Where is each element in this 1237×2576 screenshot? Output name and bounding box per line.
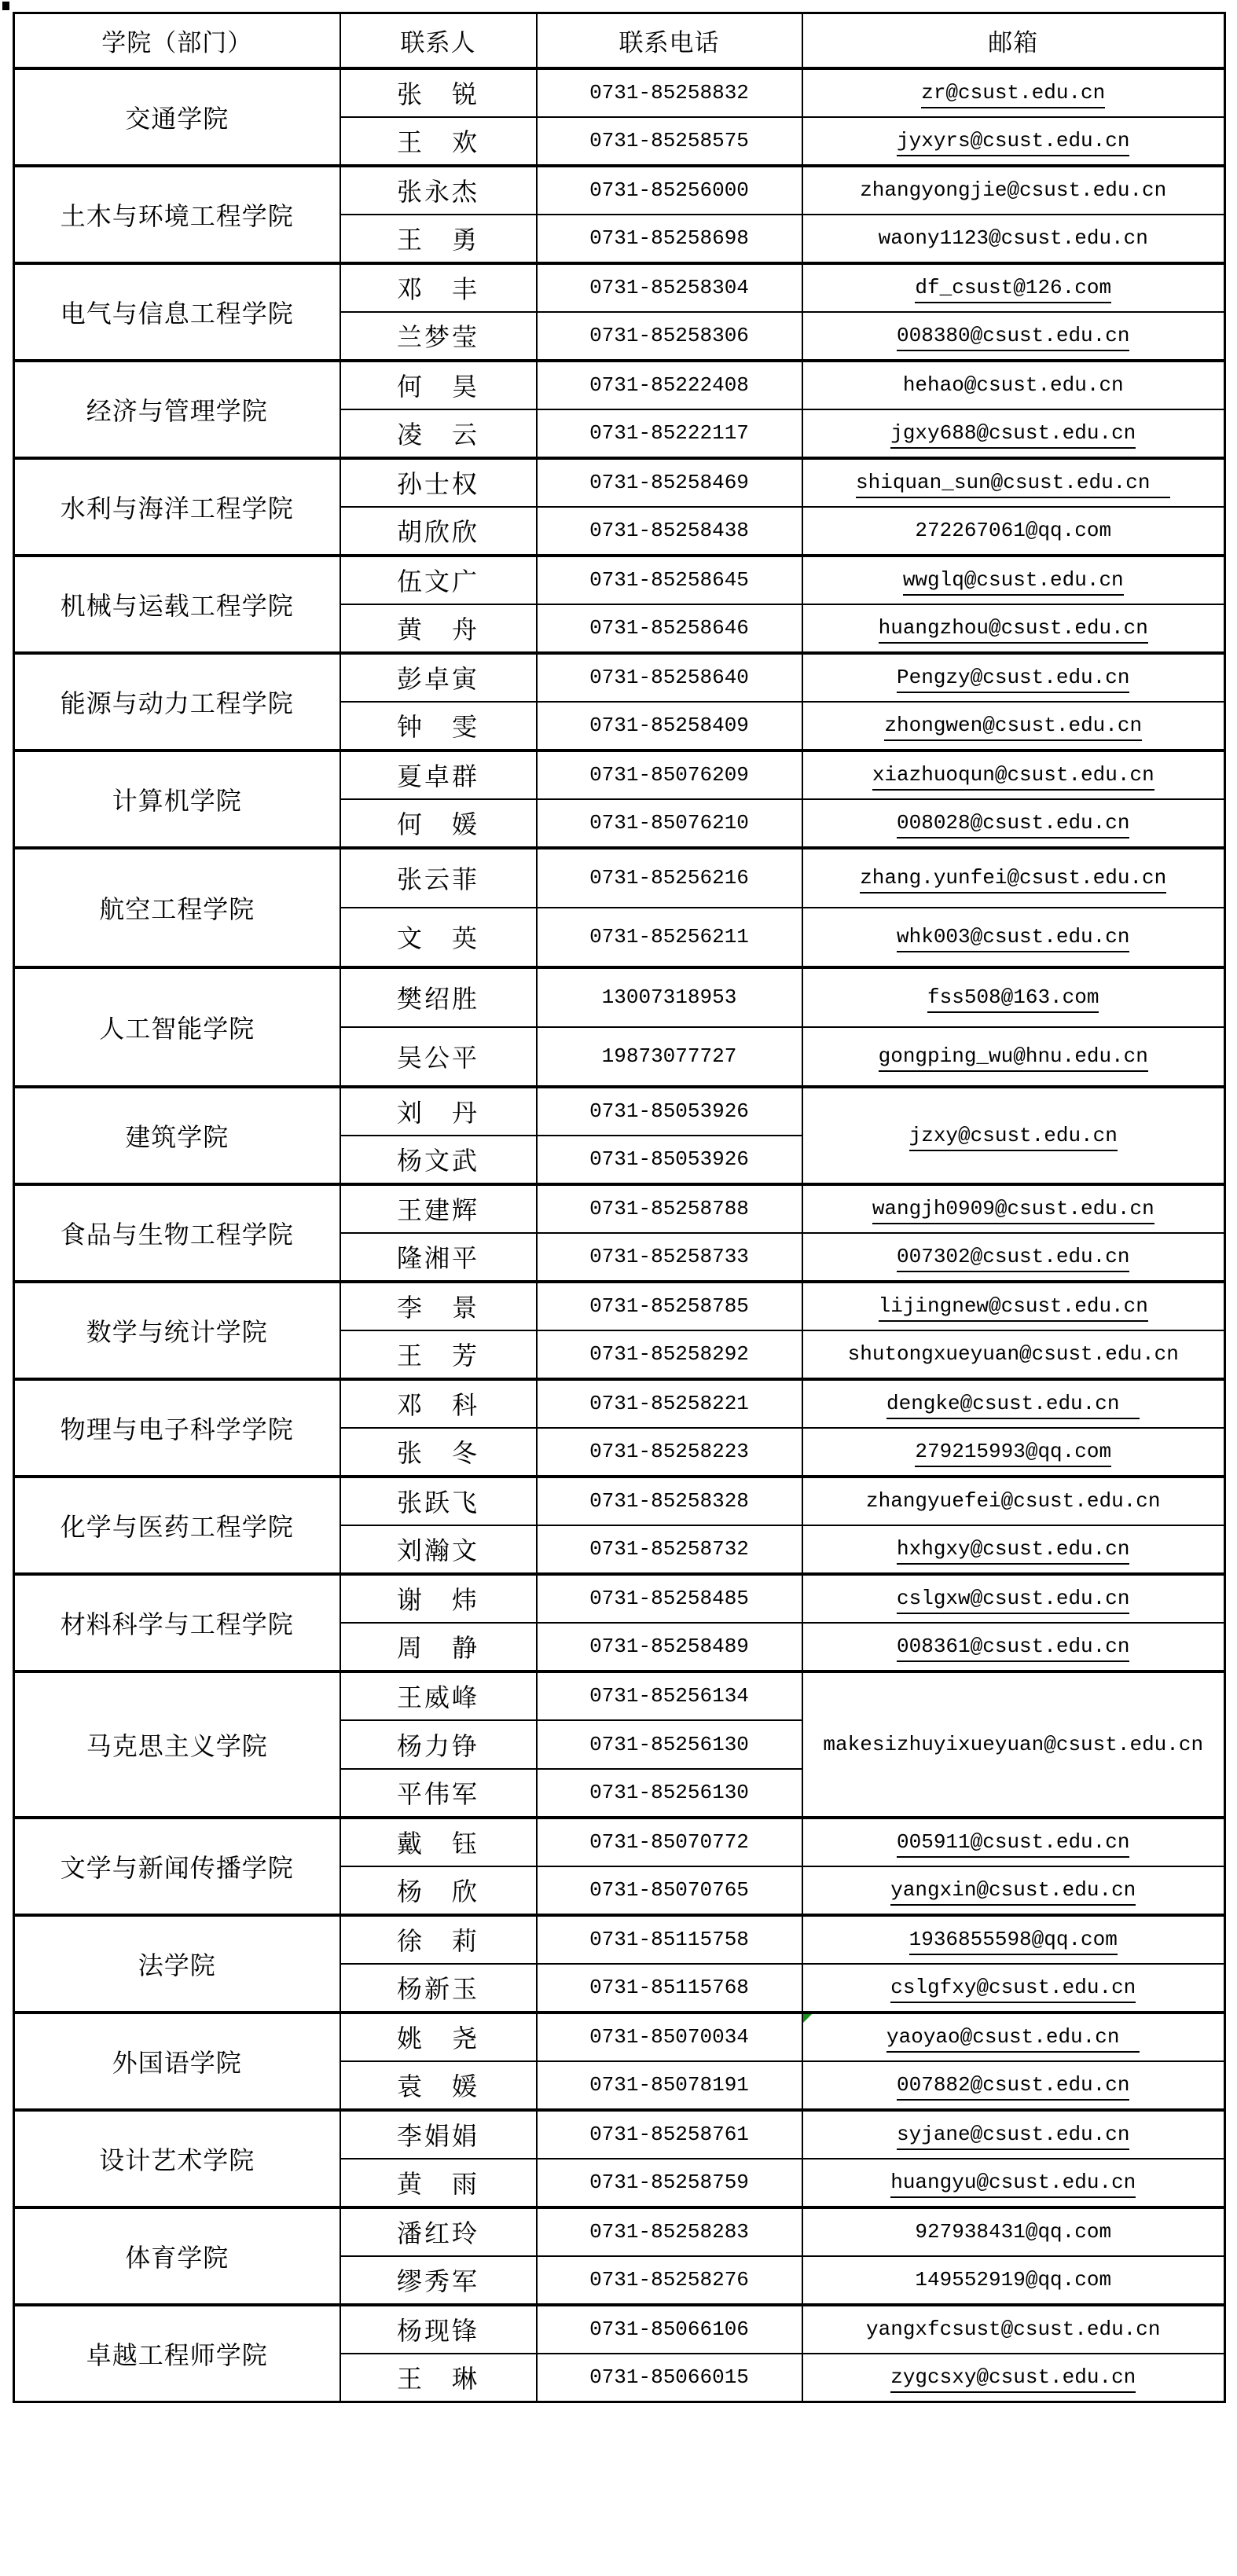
email-link[interactable]: zhang.yunfei@csust.edu.cn bbox=[860, 866, 1166, 894]
email-cell: syjane@csust.edu.cn bbox=[802, 2110, 1225, 2159]
table-row: 水利与海洋工程学院孙士权0731-85258469shiquan_sun@csu… bbox=[14, 458, 1225, 507]
email-link[interactable]: lijingnew@csust.edu.cn bbox=[879, 1294, 1148, 1322]
email-link[interactable]: gongping_wu@hnu.edu.cn bbox=[879, 1044, 1148, 1072]
email-cell: zhangyuefei@csust.edu.cn bbox=[802, 1477, 1225, 1525]
email-cell: hehao@csust.edu.cn bbox=[802, 361, 1225, 409]
email-link[interactable]: jzxy@csust.edu.cn bbox=[909, 1124, 1118, 1151]
email-link[interactable]: 008380@csust.edu.cn bbox=[897, 324, 1129, 351]
contact-name-cell: 王 琳 bbox=[340, 2354, 537, 2402]
email-link[interactable]: 007882@csust.edu.cn bbox=[897, 2073, 1129, 2101]
phone-cell: 0731-85076210 bbox=[537, 799, 802, 848]
header-college: 学院（部门） bbox=[14, 13, 340, 68]
email-link[interactable]: zygcsxy@csust.edu.cn bbox=[890, 2365, 1136, 2393]
contact-name-cell: 王威峰 bbox=[340, 1671, 537, 1720]
contact-name-cell: 袁 媛 bbox=[340, 2061, 537, 2110]
email-link[interactable]: cslgfxy@csust.edu.cn bbox=[890, 1976, 1136, 2003]
phone-cell: 13007318953 bbox=[537, 967, 802, 1027]
email-text: yangxfcsust@csust.edu.cn bbox=[866, 2317, 1160, 2341]
phone-cell: 0731-85222408 bbox=[537, 361, 802, 409]
email-text: makesizhuyixueyuan@csust.edu.cn bbox=[823, 1733, 1203, 1756]
email-cell: lijingnew@csust.edu.cn bbox=[802, 1282, 1225, 1330]
contact-name-cell: 隆湘平 bbox=[340, 1233, 537, 1282]
contact-name-cell: 缪秀军 bbox=[340, 2256, 537, 2305]
table-row: 机械与运载工程学院伍文广0731-85258645wwglq@csust.edu… bbox=[14, 556, 1225, 604]
phone-cell: 0731-85115768 bbox=[537, 1964, 802, 2013]
contact-name-cell: 何 昊 bbox=[340, 361, 537, 409]
contact-name-cell: 胡欣欣 bbox=[340, 507, 537, 556]
email-cell: yaoyao@csust.edu.cn bbox=[802, 2013, 1225, 2061]
contact-name-cell: 李娟娟 bbox=[340, 2110, 537, 2159]
green-corner-marker bbox=[803, 2014, 812, 2023]
phone-cell: 0731-85258276 bbox=[537, 2256, 802, 2305]
phone-cell: 0731-85115758 bbox=[537, 1915, 802, 1964]
table-row: 材料科学与工程学院谢 炜0731-85258485cslgxw@csust.ed… bbox=[14, 1574, 1225, 1623]
email-cell: 279215993@qq.com bbox=[802, 1428, 1225, 1477]
contact-name-cell: 周 静 bbox=[340, 1623, 537, 1671]
phone-cell: 0731-85070034 bbox=[537, 2013, 802, 2061]
contact-name-cell: 杨文武 bbox=[340, 1136, 537, 1184]
contact-name-cell: 何 媛 bbox=[340, 799, 537, 848]
email-text: 927938431@qq.com bbox=[915, 2220, 1111, 2244]
contact-name-cell: 李 景 bbox=[340, 1282, 537, 1330]
phone-cell: 0731-85222117 bbox=[537, 409, 802, 458]
contact-name-cell: 王建辉 bbox=[340, 1184, 537, 1233]
email-text: 272267061@qq.com bbox=[915, 519, 1111, 542]
contact-name-cell: 黄 雨 bbox=[340, 2159, 537, 2207]
table-row: 文学与新闻传播学院戴 钰0731-85070772005911@csust.ed… bbox=[14, 1818, 1225, 1866]
phone-cell: 0731-85258469 bbox=[537, 458, 802, 507]
college-cell: 能源与动力工程学院 bbox=[14, 653, 340, 750]
contact-name-cell: 文 英 bbox=[340, 908, 537, 967]
table-row: 航空工程学院张云菲0731-85256216zhang.yunfei@csust… bbox=[14, 848, 1225, 908]
phone-cell: 0731-85258646 bbox=[537, 604, 802, 653]
phone-cell: 0731-85258575 bbox=[537, 117, 802, 166]
phone-cell: 0731-85258283 bbox=[537, 2207, 802, 2256]
email-cell: 007302@csust.edu.cn bbox=[802, 1233, 1225, 1282]
email-link[interactable]: 008361@csust.edu.cn bbox=[897, 1635, 1129, 1662]
email-link[interactable]: xiazhuoqun@csust.edu.cn bbox=[872, 763, 1154, 791]
table-row: 数学与统计学院李 景0731-85258785lijingnew@csust.e… bbox=[14, 1282, 1225, 1330]
contact-name-cell: 夏卓群 bbox=[340, 750, 537, 799]
email-cell: huangzhou@csust.edu.cn bbox=[802, 604, 1225, 653]
phone-cell: 0731-85258832 bbox=[537, 68, 802, 117]
college-cell: 文学与新闻传播学院 bbox=[14, 1818, 340, 1915]
email-cell: gongping_wu@hnu.edu.cn bbox=[802, 1027, 1225, 1087]
college-cell: 交通学院 bbox=[14, 68, 340, 166]
contact-name-cell: 潘红玲 bbox=[340, 2207, 537, 2256]
contact-name-cell: 王 勇 bbox=[340, 215, 537, 263]
email-cell: hxhgxy@csust.edu.cn bbox=[802, 1525, 1225, 1574]
contact-name-cell: 邓 丰 bbox=[340, 263, 537, 312]
phone-cell: 0731-85258759 bbox=[537, 2159, 802, 2207]
contact-name-cell: 杨力铮 bbox=[340, 1720, 537, 1769]
table-row: 食品与生物工程学院王建辉0731-85258788wangjh0909@csus… bbox=[14, 1184, 1225, 1233]
table-row: 交通学院张 锐0731-85258832zr@csust.edu.cn bbox=[14, 68, 1225, 117]
email-link[interactable]: dengke@csust.edu.cn bbox=[886, 1392, 1140, 1419]
contact-name-cell: 黄 舟 bbox=[340, 604, 537, 653]
table-row: 物理与电子科学学院邓 科0731-85258221dengke@csust.ed… bbox=[14, 1379, 1225, 1428]
college-cell: 设计艺术学院 bbox=[14, 2110, 340, 2207]
contact-name-cell: 吴公平 bbox=[340, 1027, 537, 1087]
contact-name-cell: 姚 尧 bbox=[340, 2013, 537, 2061]
contact-name-cell: 谢 炜 bbox=[340, 1574, 537, 1623]
phone-cell: 0731-85053926 bbox=[537, 1087, 802, 1136]
email-cell: shiquan_sun@csust.edu.cn bbox=[802, 458, 1225, 507]
contact-name-cell: 彭卓寅 bbox=[340, 653, 537, 702]
phone-cell: 0731-85070772 bbox=[537, 1818, 802, 1866]
contact-name-cell: 张云菲 bbox=[340, 848, 537, 908]
email-cell: zhang.yunfei@csust.edu.cn bbox=[802, 848, 1225, 908]
email-cell: 005911@csust.edu.cn bbox=[802, 1818, 1225, 1866]
email-cell: wangjh0909@csust.edu.cn bbox=[802, 1184, 1225, 1233]
email-cell: df_csust@126.com bbox=[802, 263, 1225, 312]
email-text: 149552919@qq.com bbox=[915, 2268, 1111, 2292]
college-cell: 机械与运载工程学院 bbox=[14, 556, 340, 653]
contact-name-cell: 张 锐 bbox=[340, 68, 537, 117]
contact-name-cell: 凌 云 bbox=[340, 409, 537, 458]
email-link[interactable]: syjane@csust.edu.cn bbox=[897, 2123, 1129, 2150]
college-cell: 水利与海洋工程学院 bbox=[14, 458, 340, 556]
email-cell: zhongwen@csust.edu.cn bbox=[802, 702, 1225, 750]
phone-cell: 0731-85258645 bbox=[537, 556, 802, 604]
email-cell: yangxfcsust@csust.edu.cn bbox=[802, 2305, 1225, 2354]
phone-cell: 0731-85258485 bbox=[537, 1574, 802, 1623]
email-link[interactable]: 005911@csust.edu.cn bbox=[897, 1830, 1129, 1858]
email-cell: zr@csust.edu.cn bbox=[802, 68, 1225, 117]
email-link[interactable]: huangzhou@csust.edu.cn bbox=[879, 616, 1148, 644]
phone-cell: 0731-85258785 bbox=[537, 1282, 802, 1330]
email-link[interactable]: Pengzy@csust.edu.cn bbox=[897, 666, 1129, 693]
email-cell: 149552919@qq.com bbox=[802, 2256, 1225, 2305]
table-row: 能源与动力工程学院彭卓寅0731-85258640Pengzy@csust.ed… bbox=[14, 653, 1225, 702]
email-link[interactable]: yaoyao@csust.edu.cn bbox=[886, 2025, 1140, 2053]
contact-name-cell: 王 芳 bbox=[340, 1330, 537, 1379]
email-cell: huangyu@csust.edu.cn bbox=[802, 2159, 1225, 2207]
phone-cell: 0731-85066015 bbox=[537, 2354, 802, 2402]
contact-name-cell: 徐 莉 bbox=[340, 1915, 537, 1964]
college-cell: 电气与信息工程学院 bbox=[14, 263, 340, 361]
email-text: zhangyuefei@csust.edu.cn bbox=[866, 1489, 1160, 1513]
email-link[interactable]: jyxyrs@csust.edu.cn bbox=[897, 129, 1129, 156]
email-link[interactable]: whk003@csust.edu.cn bbox=[897, 925, 1129, 952]
table-row: 卓越工程师学院杨现锋0731-85066106yangxfcsust@csust… bbox=[14, 2305, 1225, 2354]
contact-name-cell: 平伟军 bbox=[340, 1769, 537, 1818]
contact-name-cell: 杨现锋 bbox=[340, 2305, 537, 2354]
email-link[interactable]: zhongwen@csust.edu.cn bbox=[884, 714, 1142, 741]
contact-name-cell: 伍文广 bbox=[340, 556, 537, 604]
contact-name-cell: 孙士权 bbox=[340, 458, 537, 507]
table-row: 体育学院潘红玲0731-85258283927938431@qq.com bbox=[14, 2207, 1225, 2256]
table-row: 马克思主义学院王威峰0731-85256134makesizhuyixueyua… bbox=[14, 1671, 1225, 1720]
contact-name-cell: 张跃飞 bbox=[340, 1477, 537, 1525]
email-cell: jyxyrs@csust.edu.cn bbox=[802, 117, 1225, 166]
email-cell: dengke@csust.edu.cn bbox=[802, 1379, 1225, 1428]
email-link[interactable]: 1936855598@qq.com bbox=[909, 1928, 1118, 1955]
table-row: 外国语学院姚 尧0731-85070034yaoyao@csust.edu.cn bbox=[14, 2013, 1225, 2061]
phone-cell: 0731-85066106 bbox=[537, 2305, 802, 2354]
table-row: 计算机学院夏卓群0731-85076209xiazhuoqun@csust.ed… bbox=[14, 750, 1225, 799]
college-cell: 航空工程学院 bbox=[14, 848, 340, 967]
phone-cell: 0731-85258761 bbox=[537, 2110, 802, 2159]
phone-cell: 0731-85256130 bbox=[537, 1720, 802, 1769]
email-cell: yangxin@csust.edu.cn bbox=[802, 1866, 1225, 1915]
email-link[interactable]: cslgxw@csust.edu.cn bbox=[897, 1587, 1129, 1614]
email-link[interactable]: 008028@csust.edu.cn bbox=[897, 811, 1129, 838]
college-cell: 土木与环境工程学院 bbox=[14, 166, 340, 263]
email-cell: xiazhuoqun@csust.edu.cn bbox=[802, 750, 1225, 799]
phone-cell: 0731-85258292 bbox=[537, 1330, 802, 1379]
email-cell: shutongxueyuan@csust.edu.cn bbox=[802, 1330, 1225, 1379]
phone-cell: 0731-85256000 bbox=[537, 166, 802, 215]
header-phone: 联系电话 bbox=[537, 13, 802, 68]
email-text: shutongxueyuan@csust.edu.cn bbox=[848, 1342, 1179, 1366]
email-cell: makesizhuyixueyuan@csust.edu.cn bbox=[802, 1671, 1225, 1818]
top-left-artifact bbox=[2, 2, 9, 10]
phone-cell: 0731-85258409 bbox=[537, 702, 802, 750]
phone-cell: 0731-85256211 bbox=[537, 908, 802, 967]
email-cell: cslgfxy@csust.edu.cn bbox=[802, 1964, 1225, 2013]
email-cell: cslgxw@csust.edu.cn bbox=[802, 1574, 1225, 1623]
email-cell: 007882@csust.edu.cn bbox=[802, 2061, 1225, 2110]
college-cell: 计算机学院 bbox=[14, 750, 340, 848]
header-email: 邮箱 bbox=[802, 13, 1225, 68]
contact-name-cell: 戴 钰 bbox=[340, 1818, 537, 1866]
table-row: 设计艺术学院李娟娟0731-85258761syjane@csust.edu.c… bbox=[14, 2110, 1225, 2159]
contact-name-cell: 兰梦莹 bbox=[340, 312, 537, 361]
phone-cell: 0731-85256216 bbox=[537, 848, 802, 908]
college-cell: 建筑学院 bbox=[14, 1087, 340, 1184]
header-contact: 联系人 bbox=[340, 13, 537, 68]
email-cell: zhangyongjie@csust.edu.cn bbox=[802, 166, 1225, 215]
email-cell: 008028@csust.edu.cn bbox=[802, 799, 1225, 848]
phone-cell: 0731-85076209 bbox=[537, 750, 802, 799]
email-link[interactable]: jgxy688@csust.edu.cn bbox=[890, 421, 1136, 449]
phone-cell: 0731-85256134 bbox=[537, 1671, 802, 1720]
phone-cell: 0731-85258698 bbox=[537, 215, 802, 263]
email-cell: 008361@csust.edu.cn bbox=[802, 1623, 1225, 1671]
email-cell: whk003@csust.edu.cn bbox=[802, 908, 1225, 967]
email-cell: fss508@163.com bbox=[802, 967, 1225, 1027]
email-cell: Pengzy@csust.edu.cn bbox=[802, 653, 1225, 702]
phone-cell: 0731-85258304 bbox=[537, 263, 802, 312]
email-cell: zygcsxy@csust.edu.cn bbox=[802, 2354, 1225, 2402]
email-link[interactable]: 007302@csust.edu.cn bbox=[897, 1245, 1129, 1272]
contact-table: 学院（部门） 联系人 联系电话 邮箱 交通学院张 锐0731-85258832z… bbox=[13, 12, 1226, 2403]
email-cell: waony1123@csust.edu.cn bbox=[802, 215, 1225, 263]
email-cell: 927938431@qq.com bbox=[802, 2207, 1225, 2256]
phone-cell: 0731-85258438 bbox=[537, 507, 802, 556]
email-cell: jzxy@csust.edu.cn bbox=[802, 1087, 1225, 1184]
phone-cell: 0731-85078191 bbox=[537, 2061, 802, 2110]
email-cell: 1936855598@qq.com bbox=[802, 1915, 1225, 1964]
phone-cell: 0731-85258223 bbox=[537, 1428, 802, 1477]
table-row: 电气与信息工程学院邓 丰0731-85258304df_csust@126.co… bbox=[14, 263, 1225, 312]
table-row: 经济与管理学院何 昊0731-85222408hehao@csust.edu.c… bbox=[14, 361, 1225, 409]
college-cell: 经济与管理学院 bbox=[14, 361, 340, 458]
phone-cell: 0731-85258640 bbox=[537, 653, 802, 702]
phone-cell: 19873077727 bbox=[537, 1027, 802, 1087]
contact-name-cell: 樊绍胜 bbox=[340, 967, 537, 1027]
college-cell: 数学与统计学院 bbox=[14, 1282, 340, 1379]
phone-cell: 0731-85070765 bbox=[537, 1866, 802, 1915]
contact-name-cell: 王 欢 bbox=[340, 117, 537, 166]
phone-cell: 0731-85258733 bbox=[537, 1233, 802, 1282]
phone-cell: 0731-85053926 bbox=[537, 1136, 802, 1184]
email-link[interactable]: hxhgxy@csust.edu.cn bbox=[897, 1537, 1129, 1565]
table-row: 土木与环境工程学院张永杰0731-85256000zhangyongjie@cs… bbox=[14, 166, 1225, 215]
email-link[interactable]: yangxin@csust.edu.cn bbox=[890, 1878, 1136, 1906]
contact-name-cell: 杨 欣 bbox=[340, 1866, 537, 1915]
email-text: waony1123@csust.edu.cn bbox=[879, 226, 1148, 250]
email-text: hehao@csust.edu.cn bbox=[903, 373, 1124, 397]
email-link[interactable]: zr@csust.edu.cn bbox=[921, 81, 1105, 108]
email-link[interactable]: huangyu@csust.edu.cn bbox=[890, 2171, 1136, 2198]
phone-cell: 0731-85258489 bbox=[537, 1623, 802, 1671]
phone-cell: 0731-85258221 bbox=[537, 1379, 802, 1428]
college-cell: 化学与医药工程学院 bbox=[14, 1477, 340, 1574]
phone-cell: 0731-85256130 bbox=[537, 1769, 802, 1818]
college-cell: 卓越工程师学院 bbox=[14, 2305, 340, 2402]
college-cell: 人工智能学院 bbox=[14, 967, 340, 1087]
phone-cell: 0731-85258732 bbox=[537, 1525, 802, 1574]
email-cell: jgxy688@csust.edu.cn bbox=[802, 409, 1225, 458]
contact-name-cell: 邓 科 bbox=[340, 1379, 537, 1428]
college-cell: 外国语学院 bbox=[14, 2013, 340, 2110]
email-cell: 008380@csust.edu.cn bbox=[802, 312, 1225, 361]
email-link[interactable]: wwglq@csust.edu.cn bbox=[903, 568, 1124, 596]
table-body: 交通学院张 锐0731-85258832zr@csust.edu.cn王 欢07… bbox=[14, 68, 1225, 2402]
table-row: 人工智能学院樊绍胜13007318953fss508@163.com bbox=[14, 967, 1225, 1027]
college-cell: 马克思主义学院 bbox=[14, 1671, 340, 1818]
email-link[interactable]: df_csust@126.com bbox=[915, 276, 1111, 303]
phone-cell: 0731-85258788 bbox=[537, 1184, 802, 1233]
table-row: 化学与医药工程学院张跃飞0731-85258328zhangyuefei@csu… bbox=[14, 1477, 1225, 1525]
contact-name-cell: 张 冬 bbox=[340, 1428, 537, 1477]
contact-name-cell: 刘瀚文 bbox=[340, 1525, 537, 1574]
college-cell: 食品与生物工程学院 bbox=[14, 1184, 340, 1282]
header-row: 学院（部门） 联系人 联系电话 邮箱 bbox=[14, 13, 1225, 68]
phone-cell: 0731-85258328 bbox=[537, 1477, 802, 1525]
email-link[interactable]: shiquan_sun@csust.edu.cn bbox=[856, 471, 1170, 498]
college-cell: 物理与电子科学学院 bbox=[14, 1379, 340, 1477]
contact-name-cell: 张永杰 bbox=[340, 166, 537, 215]
table-row: 法学院徐 莉0731-851157581936855598@qq.com bbox=[14, 1915, 1225, 1964]
email-link[interactable]: wangjh0909@csust.edu.cn bbox=[872, 1197, 1154, 1224]
college-cell: 材料科学与工程学院 bbox=[14, 1574, 340, 1671]
college-cell: 体育学院 bbox=[14, 2207, 340, 2305]
phone-cell: 0731-85258306 bbox=[537, 312, 802, 361]
college-cell: 法学院 bbox=[14, 1915, 340, 2013]
email-link[interactable]: fss508@163.com bbox=[927, 985, 1099, 1013]
email-cell: 272267061@qq.com bbox=[802, 507, 1225, 556]
email-link[interactable]: 279215993@qq.com bbox=[915, 1440, 1111, 1467]
contact-name-cell: 刘 丹 bbox=[340, 1087, 537, 1136]
contact-name-cell: 钟 雯 bbox=[340, 702, 537, 750]
contact-name-cell: 杨新玉 bbox=[340, 1964, 537, 2013]
email-cell: wwglq@csust.edu.cn bbox=[802, 556, 1225, 604]
email-text: zhangyongjie@csust.edu.cn bbox=[860, 178, 1166, 202]
table-row: 建筑学院刘 丹0731-85053926jzxy@csust.edu.cn bbox=[14, 1087, 1225, 1136]
